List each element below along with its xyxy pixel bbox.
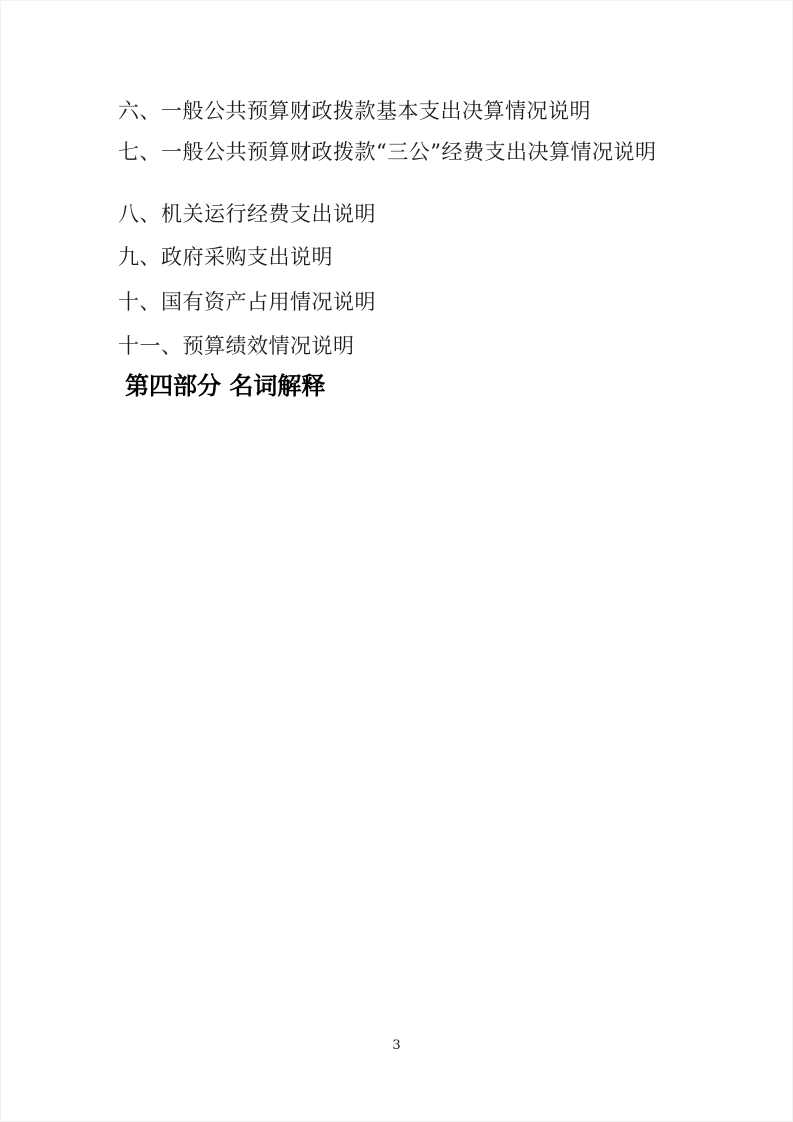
toc-item-9: 九、政府采购支出说明: [118, 247, 333, 268]
section-heading-part-four: 第四部分 名词解释: [125, 374, 325, 398]
toc-item-10: 十、国有资产占用情况说明: [118, 292, 376, 313]
toc-item-11: 十一、预算绩效情况说明: [118, 336, 355, 357]
toc-item-7: 七、一般公共预算财政拨款“三公”经费支出决算情况说明: [118, 142, 656, 163]
document-page: 六、一般公共预算财政拨款基本支出决算情况说明 七、一般公共预算财政拨款“三公”经…: [0, 0, 793, 1122]
toc-item-8: 八、机关运行经费支出说明: [118, 204, 376, 225]
page-number: 3: [1, 1039, 792, 1052]
toc-item-6: 六、一般公共预算财政拨款基本支出决算情况说明: [118, 101, 591, 122]
